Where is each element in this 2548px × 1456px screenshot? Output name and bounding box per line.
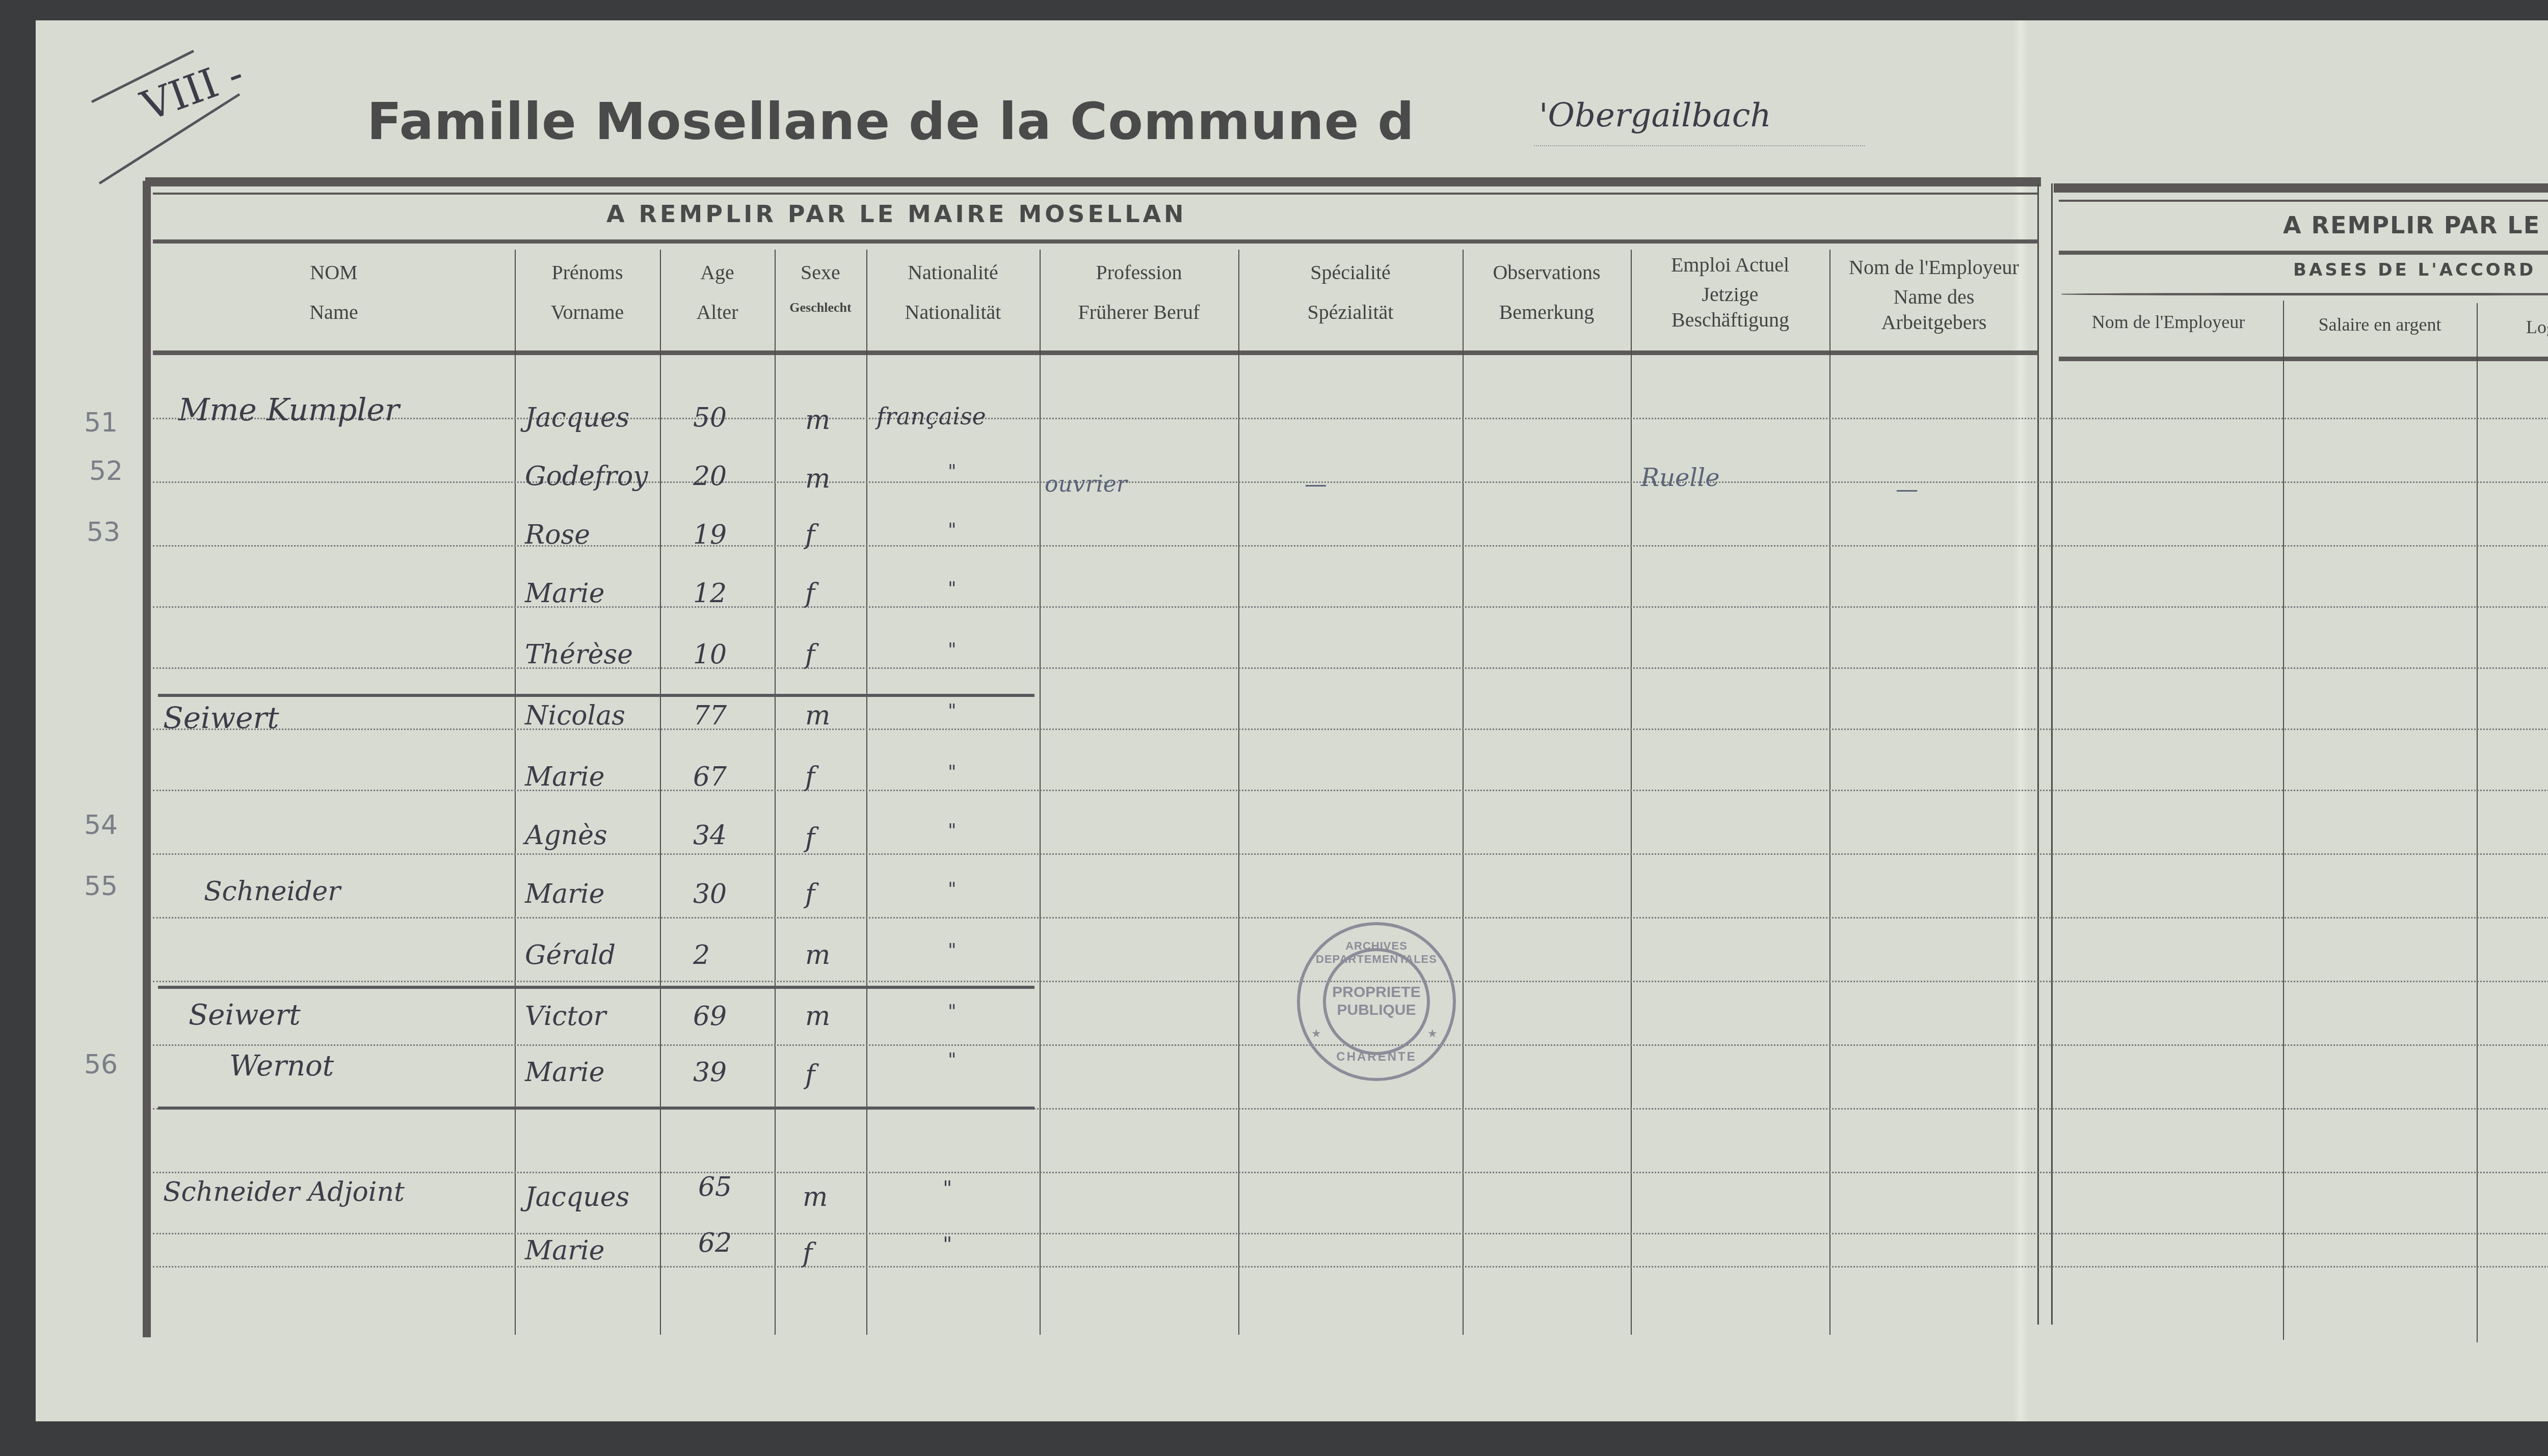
form-sheet xyxy=(36,20,2548,1421)
row-prenom[interactable]: Victor xyxy=(525,1001,606,1032)
col-header-specialite: SpécialitéSpézialität xyxy=(1238,260,1463,325)
row-sexe[interactable]: f xyxy=(803,1238,812,1269)
ref-number: 52 xyxy=(89,456,123,487)
row-sexe[interactable]: f xyxy=(805,823,815,853)
row-nationalite[interactable]: " xyxy=(948,762,957,783)
row-prenom[interactable]: Godefroy xyxy=(525,461,648,492)
ref-number: 51 xyxy=(84,408,118,438)
row-age[interactable]: 62 xyxy=(698,1228,732,1258)
row-sexe[interactable]: m xyxy=(805,700,830,731)
row-line xyxy=(153,729,2548,730)
row-line xyxy=(153,606,2548,608)
col-header-observations: ObservationsBemerkung xyxy=(1463,260,1631,325)
row-profession[interactable]: ouvrier xyxy=(1045,471,1127,497)
row-nom[interactable]: Wernot xyxy=(229,1049,334,1083)
row-age[interactable]: 39 xyxy=(693,1057,727,1088)
row-prenom[interactable]: Marie xyxy=(525,578,605,609)
row-line xyxy=(153,418,2548,419)
row-line xyxy=(153,790,2548,791)
row-sexe[interactable]: f xyxy=(805,639,815,670)
family-separator xyxy=(158,694,1034,697)
row-emploi[interactable]: Ruelle xyxy=(1641,464,1720,492)
right-frame-inner-top xyxy=(2059,200,2548,202)
row-nationalite[interactable]: " xyxy=(948,1049,957,1070)
stamp-outer-text: ARCHIVES DEPARTEMENTALES xyxy=(1300,939,1453,966)
row-age[interactable]: 34 xyxy=(693,820,727,851)
star-icon: ★ xyxy=(1311,1027,1321,1040)
col-header-employeur: Nom de l'EmployeurName des Arbeitgebers xyxy=(1829,255,2038,335)
col-header-sexe: SexeGeschlecht xyxy=(775,260,866,316)
row-sexe[interactable]: f xyxy=(805,520,815,550)
col-header-logement: Logement xyxy=(2477,316,2548,339)
row-age[interactable]: 12 xyxy=(693,578,727,609)
row-line xyxy=(153,917,2548,919)
col-header-salaire: Salaire en argent xyxy=(2283,313,2477,336)
row-nationalite[interactable]: " xyxy=(948,1001,957,1022)
bases-accord-title: BASES DE L'ACCORD xyxy=(2293,260,2536,280)
row-prenom[interactable]: Marie xyxy=(525,879,605,909)
row-age[interactable]: 2 xyxy=(693,940,710,970)
row-sexe[interactable]: f xyxy=(805,578,815,609)
family-separator xyxy=(158,986,1034,989)
row-prenom[interactable]: Agnès xyxy=(525,820,607,851)
ref-number: 55 xyxy=(84,871,118,902)
col-line xyxy=(2477,303,2478,1342)
left-frame-top xyxy=(145,177,2041,186)
margin-code-mark: VIII - xyxy=(87,46,255,194)
col-header-prenoms: PrénomsVorname xyxy=(515,260,660,325)
row-line xyxy=(153,481,2548,483)
center-divider-b xyxy=(2051,183,2053,1325)
row-sexe[interactable]: m xyxy=(803,1182,828,1212)
row-nom[interactable]: Schneider Adjoint xyxy=(163,1177,405,1207)
col-header-r-employeur: Nom de l'Employeur xyxy=(2054,311,2283,334)
archive-stamp: ARCHIVES DEPARTEMENTALES PROPRIETE PUBLI… xyxy=(1297,922,1456,1081)
right-header-top-rule xyxy=(2059,251,2548,255)
row-sexe[interactable]: m xyxy=(805,1001,830,1032)
star-icon: ★ xyxy=(1427,1027,1438,1040)
row-age[interactable]: 50 xyxy=(693,402,727,433)
row-nationalite[interactable]: " xyxy=(948,461,957,482)
row-nom[interactable]: Seiwert xyxy=(163,700,279,735)
row-age[interactable]: 30 xyxy=(693,879,727,909)
row-prenom[interactable]: Jacques xyxy=(525,402,629,433)
stamp-bottom-text: CHARENTE xyxy=(1300,1050,1453,1064)
ref-number: 56 xyxy=(84,1049,118,1080)
col-header-profession: ProfessionFrüherer Beruf xyxy=(1040,260,1238,325)
row-nationalite[interactable]: " xyxy=(948,940,957,961)
col-header-nationalite: NationalitéNationalität xyxy=(866,260,1040,325)
row-nationalite[interactable]: française xyxy=(877,402,986,430)
row-sexe[interactable]: m xyxy=(805,940,830,970)
row-nom[interactable]: Schneider xyxy=(204,876,340,907)
row-age[interactable]: 20 xyxy=(693,461,727,492)
left-section-title: A REMPLIR PAR LE MAIRE MOSELLAN xyxy=(606,200,1187,228)
col-line xyxy=(2283,301,2284,1340)
row-sexe[interactable]: m xyxy=(805,405,830,436)
row-line xyxy=(153,853,2548,855)
row-prenom[interactable]: Rose xyxy=(525,520,590,550)
col-header-nom: NOMName xyxy=(153,260,515,325)
row-prenom[interactable]: Thérèse xyxy=(525,639,633,670)
row-line xyxy=(153,667,2548,669)
page-title: Famille Mosellane de la Commune d xyxy=(367,92,1415,151)
row-prenom[interactable]: Jacques xyxy=(525,1182,629,1212)
row-nom[interactable]: Mme Kumpler xyxy=(178,392,400,428)
row-prenom[interactable]: Marie xyxy=(525,1057,605,1088)
row-line xyxy=(153,1233,2548,1234)
row-specialite[interactable]: — xyxy=(1305,471,1327,497)
row-nationalite[interactable]: " xyxy=(948,700,957,721)
row-age[interactable]: 10 xyxy=(693,639,727,670)
ref-number: 54 xyxy=(84,810,118,841)
left-header-bottom-rule xyxy=(153,350,2038,355)
row-prenom[interactable]: Marie xyxy=(525,1235,605,1266)
bases-accord-rule xyxy=(2061,293,2548,295)
ref-number: 53 xyxy=(87,517,120,548)
row-nom[interactable]: Seiwert xyxy=(189,999,301,1032)
stamp-center-text-2: PUBLIQUE xyxy=(1300,1002,1453,1019)
family-separator xyxy=(158,1107,1034,1110)
col-header-emploi: Emploi ActuelJetzige Beschäftigung xyxy=(1631,252,1829,333)
row-nationalite[interactable]: " xyxy=(943,1233,952,1256)
row-line xyxy=(153,545,2548,547)
row-age[interactable]: 67 xyxy=(693,762,727,792)
row-prenom[interactable]: Marie xyxy=(525,762,605,792)
row-nationalite[interactable]: " xyxy=(948,639,957,660)
left-header-top-rule xyxy=(153,239,2038,244)
left-frame-inner-top xyxy=(153,193,2038,195)
row-sexe[interactable]: f xyxy=(805,879,815,909)
commune-name[interactable]: 'Obergailbach xyxy=(1539,97,1771,134)
row-sexe[interactable]: f xyxy=(805,1060,815,1090)
row-age[interactable]: 19 xyxy=(693,520,727,550)
col-header-age: AgeAlter xyxy=(660,260,775,325)
row-nationalite[interactable]: " xyxy=(943,1177,952,1200)
row-nationalite[interactable]: " xyxy=(948,879,957,900)
commune-underline xyxy=(1534,145,1865,146)
left-frame-edge xyxy=(143,181,151,1337)
row-sexe[interactable]: f xyxy=(805,762,815,792)
row-sexe[interactable]: m xyxy=(805,464,830,494)
row-age[interactable]: 69 xyxy=(693,1001,727,1032)
row-nationalite[interactable]: " xyxy=(948,820,957,841)
row-prenom[interactable]: Gérald xyxy=(525,940,616,970)
right-header-bottom-rule xyxy=(2059,357,2548,361)
row-nationalite[interactable]: " xyxy=(948,520,957,541)
row-nationalite[interactable]: " xyxy=(948,578,957,599)
row-line xyxy=(153,1172,2548,1173)
row-line xyxy=(153,1266,2548,1268)
row-prenom[interactable]: Nicolas xyxy=(525,700,625,731)
row-employeur[interactable]: — xyxy=(1896,476,1918,502)
row-age[interactable]: 65 xyxy=(698,1172,732,1202)
row-age[interactable]: 77 xyxy=(693,700,727,731)
right-frame-top xyxy=(2054,183,2548,193)
right-section-title: A REMPLIR PAR LE PRÉSIDENT DU COMITÉ COM… xyxy=(2283,211,2548,239)
stamp-center-text-1: PROPRIETE xyxy=(1300,984,1453,1001)
